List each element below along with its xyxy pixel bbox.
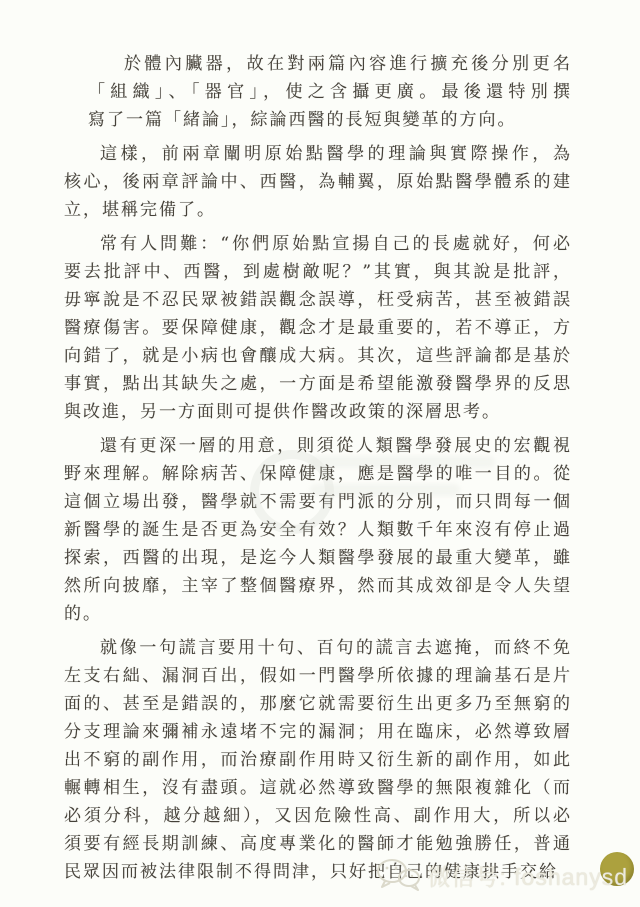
text-line: 野來理解。解除病苦、保障健康，應是醫學的唯一目的。從	[64, 460, 572, 488]
paragraph: 就像一句謊言要用十句、百句的謊言去遮掩，而終不免左支右絀、漏洞百出，假如一門醫學…	[64, 634, 572, 886]
text-line: 立，堪稱完備了。	[64, 196, 572, 224]
text-line: 向錯了，就是小病也會釀成大病。其次，這些評論都是基於	[64, 342, 572, 370]
text-line: 這個立場出發，醫學就不需要有門派的分別，而只問每一個	[64, 488, 572, 516]
text-line: 面的、甚至是錯誤的，那麼它就需要衍生出更多乃至無窮的	[64, 690, 572, 718]
wechat-icon	[375, 857, 421, 893]
text-line: 於體內臟器，故在對兩篇內容進行擴充後分別更名	[88, 50, 572, 78]
text-line: 這樣，前兩章闡明原始點醫學的理論與實際操作，為	[64, 140, 572, 168]
paragraph: 還有更深一層的用意，則須從人類醫學發展史的宏觀視野來理解。解除病苦、保障健康，應…	[64, 432, 572, 628]
text-line: 要去批評中、西醫，到處樹敵呢？”其實，與其說是批評，	[64, 258, 572, 286]
body-text: 於體內臟器，故在對兩篇內容進行擴充後分別更名「組織」、「器官」，使之含攝更廣。最…	[64, 50, 572, 892]
text-line: 寫了一篇「緒論」，綜論西醫的長短與變革的方向。	[88, 106, 572, 134]
wechat-id-watermark: 微信号: foshanysd	[375, 855, 634, 895]
text-line: 毋寧說是不忍民眾被錯誤觀念誤導，枉受病苦，甚至被錯誤	[64, 286, 572, 314]
text-line: 分支理論來彌補永遠堵不完的漏洞；用在臨床，必然導致層	[64, 718, 572, 746]
text-line: 還有更深一層的用意，則須從人類醫學發展史的宏觀視	[64, 432, 572, 460]
text-line: 輾轉相生，沒有盡頭。這就必然導致醫學的無限複雜化（而	[64, 774, 572, 802]
text-line: 探索，西醫的出現，是迄今人類醫學發展的最重大變革，雖	[64, 544, 572, 572]
paragraph: 這樣，前兩章闡明原始點醫學的理論與實際操作，為核心，後兩章評論中、西醫，為輔翼，…	[64, 140, 572, 224]
paragraph: 於體內臟器，故在對兩篇內容進行擴充後分別更名「組織」、「器官」，使之含攝更廣。最…	[88, 50, 572, 134]
text-line: 左支右絀、漏洞百出，假如一門醫學所依據的理論基石是片	[64, 662, 572, 690]
text-line: 必須分科，越分越細），又因危險性高、副作用大，所以必	[64, 802, 572, 830]
wechat-id-label: 微信号: foshanysd	[427, 859, 634, 892]
text-line: 核心，後兩章評論中、西醫，為輔翼，原始點醫學體系的建	[64, 168, 572, 196]
text-line: 須要有經長期訓練、高度專業化的醫師才能勉強勝任，普通	[64, 830, 572, 858]
text-line: 與改進，另一方面則可提供作醫改政策的深層思考。	[64, 398, 572, 426]
text-line: 事實，點出其缺失之處，一方面是希望能激發醫學界的反思	[64, 370, 572, 398]
text-line: 常有人問難：“你們原始點宣揚自己的長處就好，何必	[64, 230, 572, 258]
text-line: 新醫學的誕生是否更為安全有效？人類數千年來沒有停止過	[64, 516, 572, 544]
text-line: 然所向披靡，主宰了整個醫療界，然而其成效卻是令人失望	[64, 572, 572, 600]
text-line: 的。	[64, 600, 572, 628]
text-line: 就像一句謊言要用十句、百句的謊言去遮掩，而終不免	[64, 634, 572, 662]
paragraph: 常有人問難：“你們原始點宣揚自己的長處就好，何必要去批評中、西醫，到處樹敵呢？”…	[64, 230, 572, 426]
scanned-book-page: 於體內臟器，故在對兩篇內容進行擴充後分別更名「組織」、「器官」，使之含攝更廣。最…	[0, 0, 640, 907]
text-line: 醫療傷害。要保障健康，觀念才是最重要的，若不導正，方	[64, 314, 572, 342]
text-line: 「組織」、「器官」，使之含攝更廣。最後還特別撰	[88, 78, 572, 106]
text-line: 出不窮的副作用，而治療副作用時又衍生新的副作用，如此	[64, 746, 572, 774]
